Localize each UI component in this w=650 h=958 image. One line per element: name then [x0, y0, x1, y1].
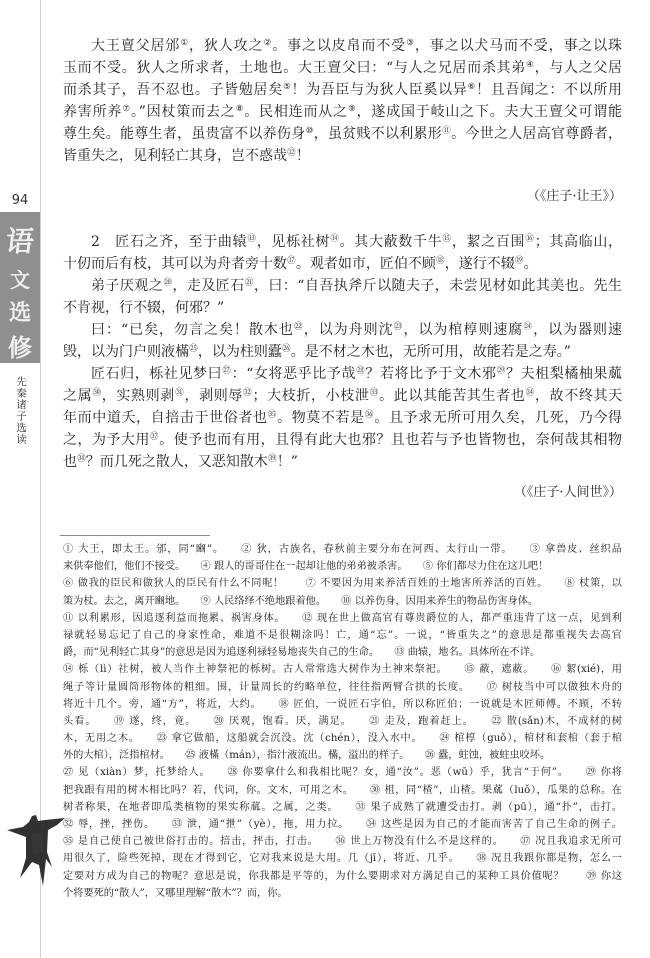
footnote-line: 将近十几个。旁，通“方”，将近，大约。 ⑱ 匠伯，一说匠石字伯，所以称匠伯；一说… [63, 696, 622, 713]
passage-1: 大王亶父居邠①，狄人攻之②。事之以皮帛而不受③，事之以犬马而不受，事之以珠 玉而… [63, 35, 622, 167]
footnote-line: 把我跟有用的树木相比吗？若，代词，你。文木，可用之木。 ㉚ 柤，同“楂”，山楂。… [63, 782, 622, 799]
text-line: 玉而不受。狄人之所求者，土地也。大王亶父曰：“与人之兄居而杀其弟④，与人之父居 [63, 57, 622, 79]
footnote-line: 树者称果，在地者即瓜类植物的果实称蓏。之属，之类。 ㉛ 果子成熟了就遭受击打。剥… [63, 799, 622, 816]
note-ref: ㉛ [175, 387, 184, 397]
footnote-line: 头看。 ⑲ 遂，终，竟。 ⑳ 厌观，饱看。厌，满足。 ㉑ 走及，跑着赶上。 ㉒ … [63, 713, 622, 730]
note-ref: ㉑ [245, 277, 254, 287]
page-number: 94 [0, 192, 40, 210]
note-ref: ㊳ [77, 453, 85, 463]
note-ref: ㉟ [268, 409, 277, 419]
footnote-divider [60, 535, 210, 536]
note-ref: ㉘ [356, 365, 365, 375]
note-ref: ⑥ [468, 81, 476, 91]
note-ref: ⑯ [525, 233, 534, 243]
passage-1-source: （《庄子·让王》） [63, 187, 622, 207]
banner-char: 修 [0, 328, 40, 363]
note-ref: ⑭ [330, 233, 339, 243]
note-ref: ㉓ [394, 321, 403, 331]
footnote-line: 禄就轻易忘记了自己的身家性命，难道不是很糊涂吗！亡，通“忘”。一说，“皆重失之”… [63, 627, 622, 644]
note-ref: ① [180, 37, 188, 47]
note-ref: ㊴ [268, 453, 276, 463]
note-ref: ⑪ [442, 125, 451, 135]
note-ref: ㊲ [150, 431, 159, 441]
text-line: 也㊳？而几死之散人，又恶知散木㊴！” [63, 451, 622, 473]
footnote-line: 用很久了，险些死掉，现在才得到它，它对我来说是大用。几（jī），将近、几乎。 ㊳… [63, 850, 622, 867]
passage-2-source: （《庄子·人间世》） [63, 483, 622, 503]
footnote-line: ⑭ 栎（lì）社树，被人当作土神祭祀的栎树。古人常常选大树作为土神来祭祀。 ⑮ … [63, 661, 622, 678]
note-ref: ㉞ [526, 387, 535, 397]
note-ref: ㉜ [243, 387, 252, 397]
footnote-line: 绳子等计量圆筒形物体的粗细。围，计量周长的约略单位，往往指两臂合拱的长度。 ⑰ … [63, 679, 622, 696]
footnote-line: ⑪ 以利累形，因追逐利益而拖累、祸害身体。 ⑫ 现在世上做高官有尊贵爵位的人，都… [63, 610, 622, 627]
text-line: 毁，以为门户则液樠㉕，以为柱则蠹㉖。是不材之木也，无所可用，故能若是之寿。” [63, 341, 622, 363]
textbook-page: 94 语 文 选 修 先秦诸子选读 大王亶父居邠①，狄人攻之②。事之以皮帛而不受… [0, 0, 650, 958]
note-ref: ④ [526, 59, 534, 69]
note-ref: ⑮ [443, 233, 452, 243]
text-line: 尊生矣。能尊生者，虽贵富不以养伤身⑩，虽贫贱不以利累形⑪。今世之人居高官尊爵者， [63, 123, 622, 145]
footnote-line: 来供奉他们，他们不接受。 ④ 跟人的哥哥住在一起却让他的弟弟被杀害。 ⑤ 你们都… [63, 558, 622, 575]
note-ref: ⑤ [283, 81, 291, 91]
note-ref: ⑲ [515, 255, 523, 265]
note-ref: ⑫ [287, 147, 295, 157]
note-ref: ⑧ [236, 103, 244, 113]
text-line: 之属㉚，实熟则剥㉛，剥则辱㉜；大枝折，小枝泄㉝。此以其能苦其生者也㉞，故不终其天 [63, 385, 622, 407]
footnote-line: 策为杖。去之，离开豳地。 ⑨ 人民络绎不绝地跟着他。 ⑩ 以养伤身，因用来养生的… [63, 593, 622, 610]
note-ref: ⑦ [122, 103, 130, 113]
passage-2: 2 匠石之齐，至于曲辕⑬，见栎社树⑭。其大蔽数千牛⑮，絜之百围⑯；其高临山， 十… [63, 231, 622, 473]
footnotes: ① 大王，即太王。邠，同“豳”。 ② 狄，古族名，春秋前主要分布在河西、太行山一… [63, 541, 622, 902]
book-title: 先秦诸子选读 [15, 376, 27, 445]
footnote-line: 外的大棺），泛指棺材。 ㉕ 液樠（mán），指汁液流出。樠，溢出的样子。 ㉖ 蠹… [63, 747, 622, 764]
text-line: 养害所养⑦。”因杖策而去之⑧。民相连而从之⑨，遂成国于岐山之下。夫大王亶父可谓能 [63, 101, 622, 123]
text-line: 十仞而后有枝，其可以为舟者旁十数⑰。观者如市，匠伯不顾⑱，遂行不辍⑲。 [63, 253, 622, 275]
note-ref: ③ [406, 37, 414, 47]
note-ref: ㉒ [294, 321, 303, 331]
footnote-line: ① 大王，即太王。邠，同“豳”。 ② 狄，古族名，春秋前主要分布在河西、太行山一… [63, 541, 622, 558]
note-ref: ⑳ [163, 277, 172, 287]
footnote-line: 爵，而“见利轻亡其身”的意思是因为追逐利禄轻易地丧失自己的生命。 ⑬ 曲辕，地名… [63, 644, 622, 661]
note-ref: ㉚ [93, 387, 102, 397]
note-ref: ⑨ [348, 103, 356, 113]
note-ref: ⑬ [247, 233, 256, 243]
footnote-line: 定要对方成为自己的物呢？意思是说，你我都是平等的，为什么要期求对方满足自己的某种… [63, 868, 622, 885]
banner-char: 选 [0, 296, 40, 327]
note-ref: ② [264, 37, 272, 47]
text-line: 2 匠石之齐，至于曲辕⑬，见栎社树⑭。其大蔽数千牛⑮，絜之百围⑯；其高临山， [63, 231, 622, 253]
banner-char: 语 [0, 220, 42, 260]
note-ref: ⑱ [436, 255, 444, 265]
note-ref: ㉝ [370, 387, 379, 397]
footnote-line: 个将要死的“散人”，又哪里理解“散木”？而，你。 [63, 885, 622, 902]
note-ref: ㉔ [524, 321, 533, 331]
text-line: 曰：“已矣，勿言之矣！散木也㉒，以为舟则沈㉓，以为棺椁则速腐㉔，以为器则速 [63, 319, 622, 341]
text-line: 弟子厌观之⑳，走及匠石㉑，曰：“自吾执斧斤以随夫子，未尝见材如此其美也。先生 [63, 275, 622, 297]
text-line: 之，为予大用㊲。使予也而有用，且得有此大也邪？且也若与予也皆物也，奈何哉其相物 [63, 429, 622, 451]
footnote-line: ㉟ 是自己使自己被世俗打击的。掊击，抨击，打击。 ㊱ 世上万物没有什么不是这样的… [63, 833, 622, 850]
note-ref: ㉕ [189, 343, 197, 353]
note-ref: ㊱ [365, 409, 374, 419]
text-line: 不肯视，行不辍，何邪？” [63, 297, 622, 319]
footnote-line: 木，无用之木。 ㉓ 拿它做船，这船就会沉没。沈（chén），没入水中。 ㉔ 棺椁… [63, 730, 622, 747]
text-line: 匠石归，栎社见梦曰㉗：“女将恶乎比予哉㉘？若将比予于文木邪㉙？夫柤梨橘柚果蓏 [63, 363, 622, 385]
footnote-line: ㉜ 辱，挫，挫伤。 ㉝ 泄，通“抴”（yè），拖，用力拉。 ㉞ 这些是因为自己的… [63, 816, 622, 833]
note-ref: ⑩ [306, 125, 314, 135]
note-ref: ㉙ [497, 365, 506, 375]
note-ref: ㉗ [222, 365, 231, 375]
banner-char: 文 [0, 264, 40, 293]
text-line: 而杀其子，吾不忍也。子皆勉居矣⑤！为吾臣与为狄人臣奚以异⑥！且吾闻之：不以所用 [63, 79, 622, 101]
note-ref: ㉖ [282, 343, 290, 353]
bronze-jue-vessel-icon [5, 812, 67, 897]
text-line: 大王亶父居邠①，狄人攻之②。事之以皮帛而不受③，事之以犬马而不受，事之以珠 [63, 35, 622, 57]
text-line: 皆重失之，见利轻亡其身，岂不惑哉⑫！ [63, 145, 622, 167]
note-ref: ⑰ [287, 255, 295, 265]
footnote-line: ㉗ 见（xiàn）梦，托梦给人。 ㉘ 你要拿什么和我相比呢？女，通“汝”。恶（w… [63, 764, 622, 781]
footnote-line: ⑥ 做我的臣民和做狄人的臣民有什么不同呢！ ⑦ 不要因为用来养活百姓的土地害所养… [63, 575, 622, 592]
text-line: 年而中道夭，自掊击于世俗者也㉟。物莫不若是㊱。且予求无所可用久矣，几死，乃今得 [63, 407, 622, 429]
series-banner: 语 文 选 修 [0, 212, 40, 363]
